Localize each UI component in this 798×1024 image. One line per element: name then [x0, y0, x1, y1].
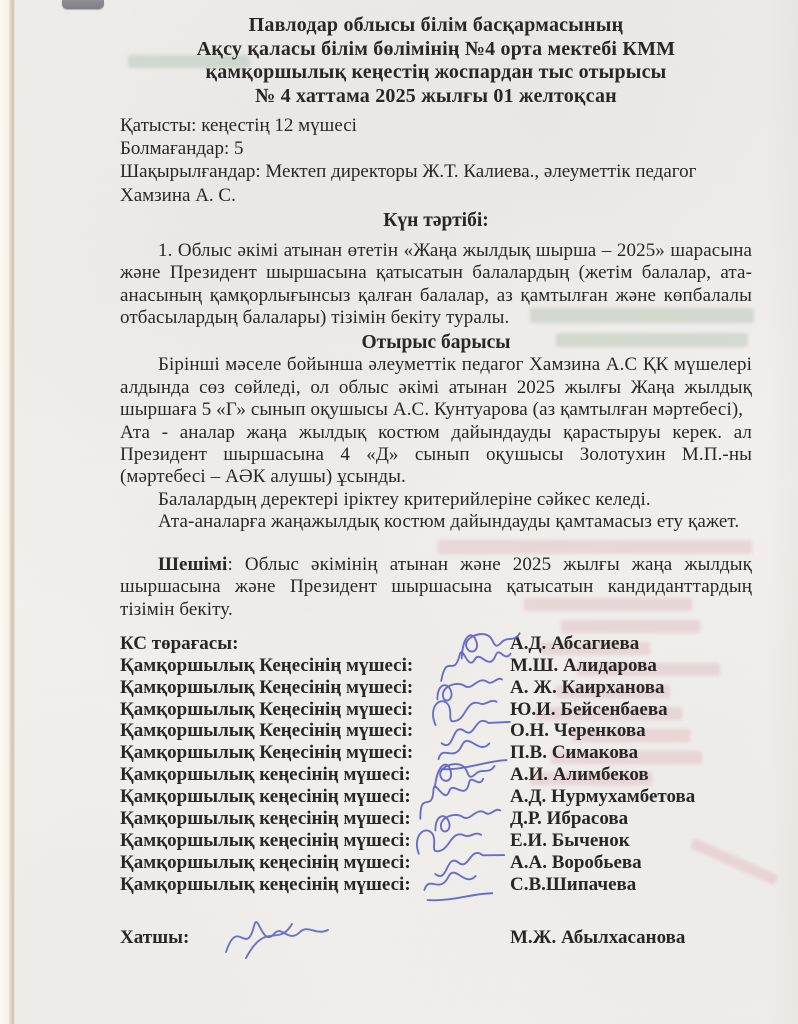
signatory-name: О.Н. Черенкова: [510, 720, 752, 742]
secretary-label: Хатшы:: [120, 926, 510, 949]
decision-label: Шешімі: [158, 554, 227, 575]
title-line: қамқоршылық кеңестің жоспардан тыс отыры…: [120, 61, 752, 85]
proceedings-heading: Отырыс барысы: [120, 331, 752, 354]
attendance-invited: Шақырылғандар: Мектеп директоры Ж.Т. Кал…: [120, 160, 724, 206]
agenda-heading: Күн тәртібі:: [120, 209, 752, 232]
signatory-role: Қамқоршылық Кеңесінің мүшесі:: [120, 699, 510, 721]
title-line: Ақсу қаласы білім бөлімінің №4 орта мект…: [120, 38, 752, 62]
signatory-name: Ю.И. Бейсенбаева: [510, 699, 752, 721]
signatory-name: А.Д. Абсагиева: [510, 633, 752, 655]
signatory-role: Қамқоршылық кеңесінің мүшесі:: [120, 830, 510, 852]
signatory-name: С.В.Шипачева: [510, 874, 752, 896]
signatory-row: Қамқоршылық Кеңесінің мүшесі: О.Н. Черен…: [120, 720, 752, 742]
signatory-name: Е.И. Быченок: [510, 830, 752, 852]
signatories-list: КС төрағасы: А.Д. Абсагиева Қамқоршылық …: [120, 633, 752, 896]
signatory-name: А.И. Алимбеков: [510, 764, 752, 786]
proceedings-note: Балалардың деректері іріктеу критерийлер…: [120, 489, 752, 511]
signatory-name: А.Д. Нурмухамбетова: [510, 786, 752, 808]
signatory-role: Қамқоршылық кеңесінің мүшесі:: [120, 808, 510, 830]
signatory-row: Қамқоршылық Кеңесінің мүшесі: А. Ж. Каир…: [120, 677, 752, 699]
signatory-row: Қамқоршылық Кеңесінің мүшесі: Ю.И. Бейсе…: [120, 699, 752, 721]
signatory-role: Қамқоршылық Кеңесінің мүшесі:: [120, 655, 510, 677]
signatory-row: Қамқоршылық Кеңесінің мүшесі: П.В. Симак…: [120, 742, 752, 764]
scanned-document-page: Павлодар облысы білім басқармасының Ақсу…: [0, 0, 798, 1024]
signatory-row: Қамқоршылық кеңесінің мүшесі: Е.И. Бычен…: [120, 830, 752, 852]
document-content: Павлодар облысы білім басқармасының Ақсу…: [120, 14, 752, 949]
signatory-role: Қамқоршылық Кеңесінің мүшесі:: [120, 720, 510, 742]
signatory-name: Д.Р. Ибрасова: [510, 808, 752, 830]
paper-left-edge: [0, 0, 15, 1024]
signatory-role: Қамқоршылық Кеңесінің мүшесі:: [120, 742, 510, 764]
proceedings-paragraph: Ата - аналар жаңа жылдық костюм дайындау…: [120, 422, 752, 489]
signatory-row: Қамқоршылық кеңесінің мүшесі: А.А. Вороб…: [120, 852, 752, 874]
proceedings-paragraph: Бірінші мәселе бойынша әлеуметтік педаго…: [120, 354, 752, 421]
signatory-name: А. Ж. Каирханова: [510, 677, 752, 699]
proceedings-note: Ата-аналарға жаңажылдық костюм дайындауд…: [120, 511, 752, 533]
title-line: Павлодар облысы білім басқармасының: [120, 14, 752, 38]
signatory-role: Қамқоршылық кеңесінің мүшесі:: [120, 874, 510, 896]
title-line: № 4 хаттама 2025 жылғы 01 желтоқсан: [120, 85, 752, 109]
signatory-role: Қамқоршылық кеңесінің мүшесі:: [120, 764, 510, 786]
document-title: Павлодар облысы білім басқармасының Ақсу…: [120, 14, 752, 108]
decision-paragraph: Шешімі: Облыс әкімінің атынан және 2025 …: [120, 554, 752, 621]
signatory-name: М.Ш. Алидарова: [510, 655, 752, 677]
signatory-row: Қамқоршылық кеңесінің мүшесі: Д.Р. Ибрас…: [120, 808, 752, 830]
secretary-name: М.Ж. Абылхасанова: [510, 926, 752, 949]
signatory-role: Қамқоршылық Кеңесінің мүшесі:: [120, 677, 510, 699]
signatory-row: Қамқоршылық кеңесінің мүшесі: С.В.Шипаче…: [120, 874, 752, 896]
binder-clip-tab: [62, 0, 104, 9]
signatory-role: Қамқоршылық кеңесінің мүшесі:: [120, 852, 510, 874]
signatory-row: Қамқоршылық кеңесінің мүшесі: А.И. Алимб…: [120, 764, 752, 786]
signatory-row: Қамқоршылық Кеңесінің мүшесі: М.Ш. Алида…: [120, 655, 752, 677]
agenda-item: 1. Облыс әкімі атынан өтетін «Жаңа жылды…: [120, 240, 752, 330]
signatory-role: КС төрағасы:: [120, 633, 510, 655]
attendance-absent: Болмағандар: 5: [120, 137, 724, 160]
signatory-row: КС төрағасы: А.Д. Абсагиева: [120, 633, 752, 655]
signatory-role: Қамқоршылық кеңесінің мүшесі:: [120, 786, 510, 808]
signatory-row: Қамқоршылық кеңесінің мүшесі: А.Д. Нурму…: [120, 786, 752, 808]
attendance-block: Қатысты: кеңестің 12 мүшесі Болмағандар:…: [120, 114, 724, 207]
secretary-row: Хатшы: М.Ж. Абылхасанова: [120, 926, 752, 949]
attendance-present: Қатысты: кеңестің 12 мүшесі: [120, 114, 724, 137]
signatory-name: А.А. Воробьева: [510, 852, 752, 874]
signatory-name: П.В. Симакова: [510, 742, 752, 764]
